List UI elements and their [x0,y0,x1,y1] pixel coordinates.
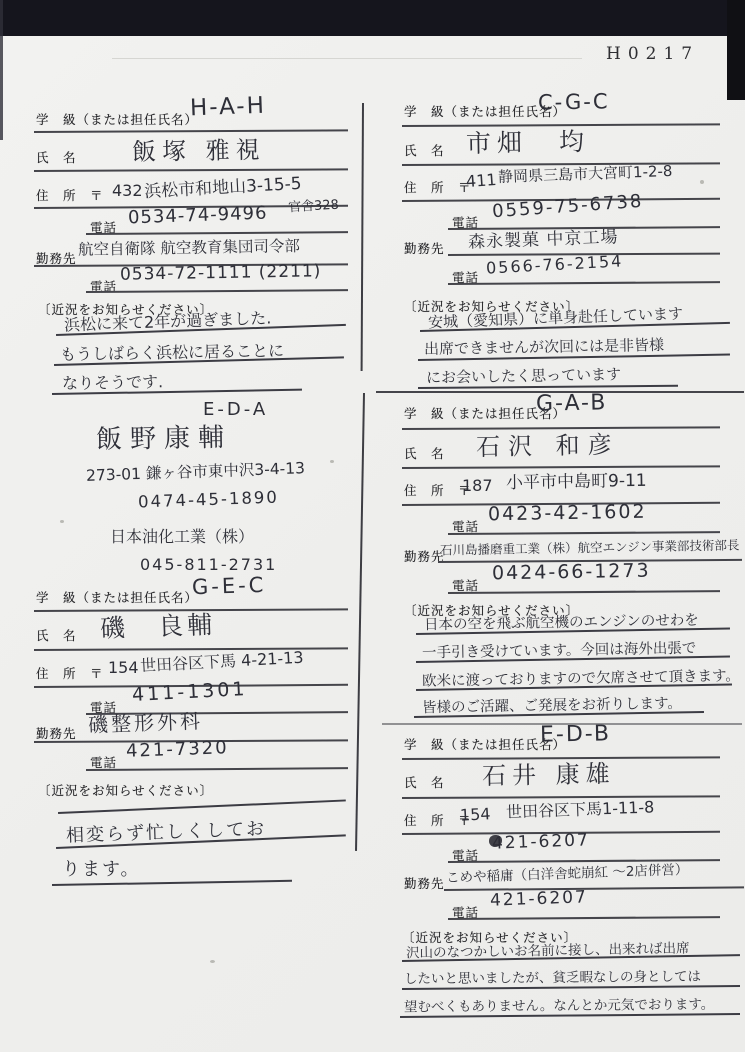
rule [86,231,348,235]
address-label: 住 所 〒 [36,664,104,682]
name-value: 飯野康輔 [96,417,233,456]
name-label: 氏 名 [404,141,445,159]
rule [448,916,720,920]
scan-speck [700,180,704,184]
postal-value: 187 [462,476,493,495]
address-value: 小平市中島町9-11 [506,466,647,493]
workplace-label: 勤務先 [404,874,445,892]
news-line: にお会いしたく思っています [426,363,621,387]
name-value: 飯塚 雅視 [132,130,266,167]
rule [448,531,720,535]
postal-value: 411 [465,170,497,191]
news-line: なりそうです. [62,369,163,394]
column-divider [361,103,364,371]
class-value: C-G-C [538,89,610,114]
scan-top-edge [0,0,745,36]
rule [86,767,348,771]
postal-value: 432 [112,181,143,200]
phone-value: 0474-45-1890 [138,488,279,512]
postal-value: 154 [460,804,491,825]
address-value: 273-01 鎌ヶ谷市東中沢3-4-13 [86,456,306,486]
rule [448,590,720,594]
workplace-label: 勤務先 [404,239,445,257]
work-phone-value: 0424-66-1273 [492,560,651,585]
address-value: 浜松市和地山3-15-5 [143,169,302,202]
news-line: ります。 [62,855,141,881]
rule [448,281,720,285]
column-divider [355,393,365,851]
postal-value: 154 [108,658,139,677]
name-label: 氏 名 [404,444,445,462]
address-note-value: 官舎328 [288,194,340,216]
document-code: H0217 [606,44,699,64]
work-phone-value: 045-811-2731 [140,555,277,574]
scan-speck [210,960,215,963]
scan-page: H0217 学 級（または担任氏名） H-A-H 氏 名 飯塚 雅視 住 所 〒… [0,0,745,1052]
phone-value: 0534-74-9496 [128,203,268,229]
workplace-value: 森永製菓 中京工場 [468,222,619,252]
class-value: E-D-B [540,721,611,747]
class-value: G-E-C [192,573,267,600]
scan-speck [60,520,64,523]
work-phone-value: 0534-72-1111 (2211) [120,261,322,285]
work-phone-value: 421-6207 [490,887,588,910]
phone-value: 421-6207 [492,830,590,853]
news-heading: 〔近況をお知らせください〕 [38,781,213,799]
news-line: したいと思いましたが、貧乏暇なしの身としては [404,965,701,988]
name-label: 氏 名 [36,626,77,644]
address-label: 住 所 〒 [36,186,104,204]
work-phone-value: 421-7320 [126,737,229,762]
address-value: 世田谷区下馬1-11-8 [506,794,655,822]
scan-right-edge [727,0,745,100]
news-rule [58,799,346,813]
workplace-label: 勤務先 [36,724,77,742]
workplace-value: 石川島播磨重工業（株）航空エンジン事業部技術部長 [440,535,740,558]
name-label: 氏 名 [36,148,77,166]
workplace-value: 航空自衛隊 航空教育集団司令部 [78,234,300,260]
name-value: 磯 良輔 [99,605,216,645]
phone-value: 0559-75-6738 [491,191,644,223]
class-label: 学 級（または担任氏名） [36,110,198,128]
phone-value: 0423-42-1602 [488,501,647,526]
name-label: 氏 名 [404,773,445,791]
scan-crease [112,58,582,59]
address-label: 住 所 〒 [404,178,472,196]
name-value: 石井 康雄 [482,754,616,791]
class-value: G-A-B [536,390,608,416]
workplace-value: 日本油化工業（株） [110,524,254,547]
class-value: H-A-H [190,93,267,122]
rule [86,289,348,293]
class-label: 学 級（または担任氏名） [36,588,198,606]
name-value: 石沢 和彦 [476,425,620,463]
news-line: 望むべくもありません。なんとか元気でおります。 [404,993,714,1016]
workplace-value: 磯整形外科 [88,705,204,738]
scan-speck [330,460,334,463]
scan-left-edge [0,0,3,140]
name-value: 市畑 均 [466,122,591,160]
phone-value: 411-1301 [132,678,248,706]
